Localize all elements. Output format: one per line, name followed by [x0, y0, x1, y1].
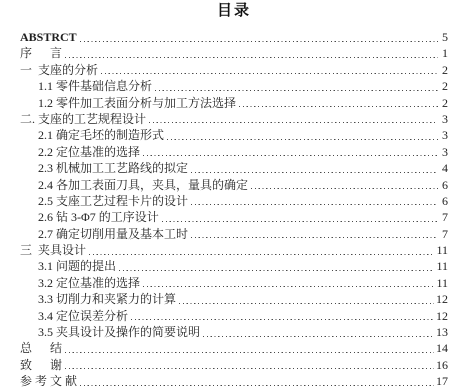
toc-entry-label: 3.5 夹具设计及操作的简要说明 — [38, 324, 200, 340]
dot-leader — [119, 269, 434, 271]
toc-entry[interactable]: 三 夹具设计 11 — [20, 242, 448, 258]
dot-leader — [80, 384, 434, 386]
toc-page-number: 2 — [440, 95, 448, 111]
page-title: 目录 — [20, 3, 448, 20]
toc-entry-label: 1.2 零件加工表面分析与加工方法选择 — [38, 95, 236, 111]
toc-page-number: 17 — [436, 373, 448, 389]
dot-leader — [65, 56, 438, 58]
toc-entry[interactable]: 2.3 机械加工工艺路线的拟定 4 — [20, 160, 448, 176]
toc-entry-label: 二. 支座的工艺规程设计 — [20, 111, 146, 127]
toc-entry[interactable]: ABSTRCT 5 — [20, 29, 448, 45]
toc-entry[interactable]: 2.7 确定切削用量及基本工时 7 — [20, 226, 448, 242]
toc-page-number: 6 — [440, 177, 448, 193]
toc-page: 目录 ABSTRCT 5 序 言 1 一 支座的分析 2 1.1 零件基础信息分… — [0, 0, 469, 390]
toc-entry[interactable]: 1.1 零件基础信息分析 2 — [20, 78, 448, 94]
toc-entry-label: 2.7 确定切削用量及基本工时 — [38, 226, 188, 242]
dot-leader — [179, 302, 434, 304]
toc-entry-label: 致 谢 — [20, 357, 62, 373]
toc-entry[interactable]: 3.3 切削力和夹紧力的计算 12 — [20, 291, 448, 307]
toc-entry-label: 2.3 机械加工工艺路线的拟定 — [38, 160, 188, 176]
toc-entry[interactable]: 二. 支座的工艺规程设计 3 — [20, 111, 448, 127]
toc-entry-label: ABSTRCT — [20, 29, 77, 45]
toc-entry-label: 序 言 — [20, 45, 62, 61]
toc-entry[interactable]: 2.5 支座工艺过程卡片的设计 6 — [20, 193, 448, 209]
toc-entry-label: 三 夹具设计 — [20, 242, 86, 258]
dot-leader — [203, 335, 434, 337]
dot-leader — [101, 73, 438, 75]
toc-entry-label: 1.1 零件基础信息分析 — [38, 78, 152, 94]
toc-entry[interactable]: 3.2 定位基准的选择 11 — [20, 275, 448, 291]
dot-leader — [131, 319, 434, 321]
toc-page-number: 12 — [436, 308, 448, 324]
dot-leader — [239, 105, 438, 107]
toc-entry[interactable]: 致 谢 16 — [20, 357, 448, 373]
toc-page-number: 11 — [436, 275, 448, 291]
toc-list: ABSTRCT 5 序 言 1 一 支座的分析 2 1.1 零件基础信息分析 2… — [20, 29, 448, 390]
toc-page-number: 14 — [436, 340, 448, 356]
toc-entry-label: 2.2 定位基准的选择 — [38, 144, 140, 160]
toc-entry-label: 2.4 各加工表面刀具，夹具，量具的确定 — [38, 177, 248, 193]
dot-leader — [89, 253, 434, 255]
toc-entry[interactable]: 一 支座的分析 2 — [20, 62, 448, 78]
toc-entry-label: 2.5 支座工艺过程卡片的设计 — [38, 193, 188, 209]
toc-entry[interactable]: 1.2 零件加工表面分析与加工方法选择 2 — [20, 95, 448, 111]
toc-entry[interactable]: 2.4 各加工表面刀具，夹具，量具的确定 6 — [20, 177, 448, 193]
toc-entry[interactable]: 总 结 14 — [20, 340, 448, 356]
dot-leader — [191, 171, 438, 173]
dot-leader — [80, 40, 438, 42]
dot-leader — [149, 122, 438, 124]
dot-leader — [191, 237, 438, 239]
toc-page-number: 7 — [440, 209, 448, 225]
toc-page-number: 7 — [440, 226, 448, 242]
dot-leader — [65, 368, 434, 370]
dot-leader — [143, 155, 438, 157]
toc-page-number: 5 — [440, 29, 448, 45]
dot-leader — [143, 286, 434, 288]
dot-leader — [162, 220, 438, 222]
dot-leader — [155, 89, 438, 91]
toc-entry[interactable]: 3.1 问题的提出 11 — [20, 258, 448, 274]
toc-entry[interactable]: 3.5 夹具设计及操作的简要说明 13 — [20, 324, 448, 340]
toc-entry-label: 一 支座的分析 — [20, 62, 98, 78]
toc-page-number: 13 — [436, 324, 448, 340]
toc-entry-label: 2.1 确定毛坯的制造形式 — [38, 127, 164, 143]
toc-page-number: 6 — [440, 193, 448, 209]
toc-page-number: 2 — [440, 62, 448, 78]
toc-entry-label: 3.1 问题的提出 — [38, 258, 116, 274]
toc-page-number: 3 — [440, 111, 448, 127]
toc-entry-label: 2.6 钻 3-Φ7 的工序设计 — [38, 209, 159, 225]
toc-entry-label: 参 考 文 献 — [20, 373, 77, 389]
toc-entry-label: 3.2 定位基准的选择 — [38, 275, 140, 291]
toc-entry[interactable]: 2.6 钻 3-Φ7 的工序设计 7 — [20, 209, 448, 225]
toc-entry-label: 总 结 — [20, 340, 62, 356]
toc-page-number: 4 — [440, 160, 448, 176]
toc-entry-label: 3.3 切削力和夹紧力的计算 — [38, 291, 176, 307]
toc-entry[interactable]: 3.4 定位误差分析 12 — [20, 308, 448, 324]
toc-page-number: 3 — [440, 144, 448, 160]
toc-page-number: 12 — [436, 291, 448, 307]
dot-leader — [191, 204, 438, 206]
dot-leader — [65, 351, 434, 353]
toc-entry[interactable]: 序 言 1 — [20, 45, 448, 61]
toc-page-number: 1 — [440, 45, 448, 61]
toc-page-number: 3 — [440, 127, 448, 143]
toc-entry[interactable]: 2.2 定位基准的选择 3 — [20, 144, 448, 160]
dot-leader — [167, 138, 438, 140]
toc-entry[interactable]: 参 考 文 献 17 — [20, 373, 448, 389]
toc-page-number: 11 — [436, 258, 448, 274]
dot-leader — [251, 187, 438, 189]
toc-page-number: 2 — [440, 78, 448, 94]
toc-entry[interactable]: 2.1 确定毛坯的制造形式 3 — [20, 127, 448, 143]
toc-page-number: 11 — [436, 242, 448, 258]
toc-entry-label: 3.4 定位误差分析 — [38, 308, 128, 324]
toc-page-number: 16 — [436, 357, 448, 373]
